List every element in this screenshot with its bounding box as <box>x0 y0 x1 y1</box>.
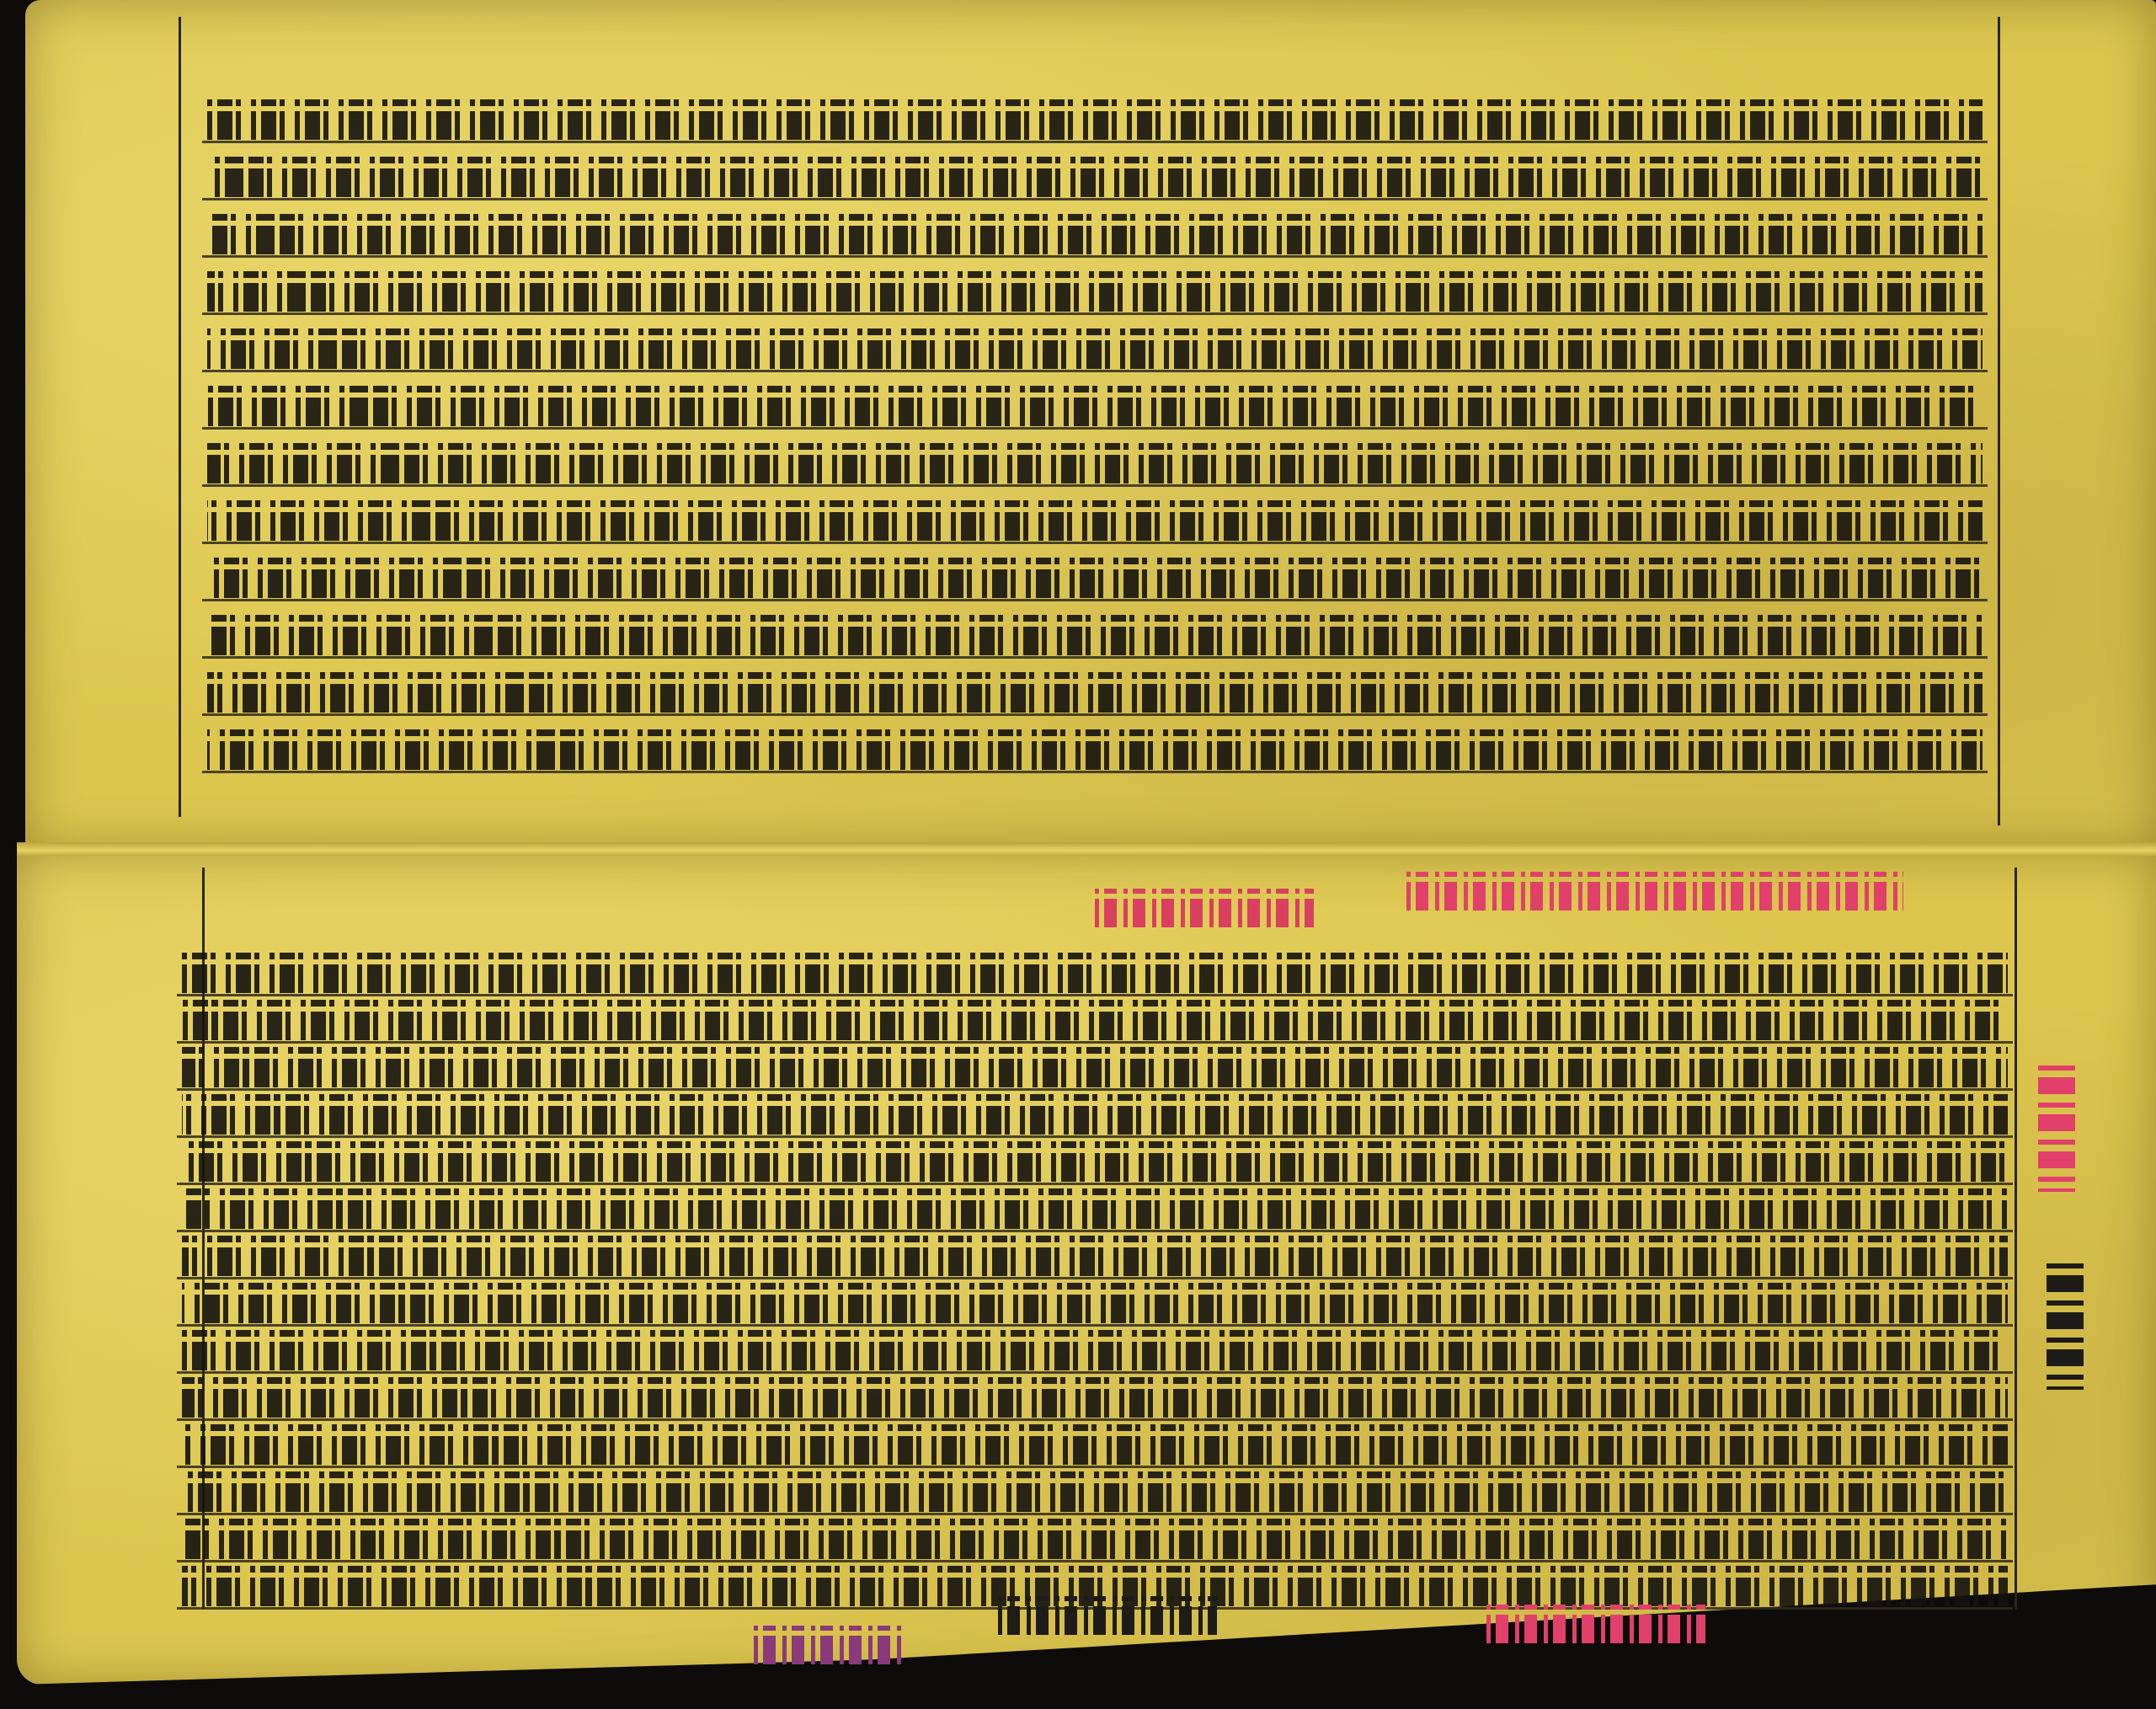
text-line <box>177 1278 2013 1332</box>
text-line <box>177 948 2013 1001</box>
handwritten-glyphs <box>182 953 2008 993</box>
text-line <box>202 495 1988 549</box>
ruled-line <box>202 255 1988 258</box>
handwritten-glyphs <box>182 1141 2008 1182</box>
handwritten-glyphs <box>182 1283 2008 1323</box>
text-line <box>177 1372 2013 1426</box>
text-line <box>202 266 1988 320</box>
ruled-line <box>202 427 1988 430</box>
ruled-line <box>202 141 1988 143</box>
ruled-line <box>202 312 1988 315</box>
text-line <box>202 152 1988 206</box>
upper-right-margin-line <box>1998 17 2000 825</box>
text-line <box>177 1419 2013 1473</box>
text-line <box>202 381 1988 435</box>
text-line <box>202 667 1988 721</box>
handwritten-glyphs <box>207 99 1983 140</box>
handwritten-glyphs <box>182 1000 2008 1040</box>
handwritten-glyphs <box>207 729 1983 770</box>
black-footer-annotation <box>998 1596 1217 1635</box>
handwritten-glyphs <box>182 1188 2008 1229</box>
handwritten-glyphs <box>207 615 1983 655</box>
handwritten-glyphs <box>207 157 1983 197</box>
ruled-line <box>202 656 1988 659</box>
upper-text-block <box>202 94 1988 785</box>
text-line <box>202 323 1988 377</box>
text-line <box>202 553 1988 606</box>
handwritten-glyphs <box>207 558 1983 598</box>
red-margin-annotation <box>2038 1065 2075 1192</box>
text-line <box>202 209 1988 263</box>
lower-right-margin-line <box>2015 868 2017 1609</box>
text-line <box>177 1466 2013 1520</box>
text-line <box>202 438 1988 492</box>
red-footer-annotation <box>1486 1605 1705 1643</box>
ruled-line <box>202 484 1988 487</box>
handwritten-glyphs <box>182 1471 2008 1512</box>
handwritten-glyphs <box>207 214 1983 254</box>
ruled-line <box>202 771 1988 773</box>
text-line <box>202 724 1988 778</box>
black-margin-annotation <box>2047 1263 2084 1390</box>
text-line <box>177 1514 2013 1567</box>
text-line <box>177 995 2013 1049</box>
text-line <box>177 1183 2013 1237</box>
ruled-line <box>202 599 1988 601</box>
handwritten-glyphs <box>207 500 1983 541</box>
text-line <box>177 1042 2013 1096</box>
handwritten-glyphs <box>182 1094 2008 1135</box>
text-line <box>202 610 1988 664</box>
handwritten-glyphs <box>207 271 1983 312</box>
purple-annotation <box>754 1626 905 1664</box>
ruled-line <box>202 370 1988 372</box>
ruled-line <box>202 713 1988 716</box>
ruled-line <box>202 198 1988 200</box>
text-line <box>177 1325 2013 1379</box>
ruled-line <box>202 542 1988 544</box>
handwritten-glyphs <box>182 1519 2008 1559</box>
handwritten-glyphs <box>182 1377 2008 1418</box>
text-line <box>202 94 1988 148</box>
page-fold <box>17 842 2156 856</box>
handwritten-glyphs <box>182 1047 2008 1087</box>
text-line <box>177 1089 2013 1143</box>
handwritten-glyphs <box>182 1330 2008 1370</box>
handwritten-glyphs <box>182 1236 2008 1276</box>
handwritten-glyphs <box>207 672 1983 713</box>
red-annotation-1 <box>1095 889 1314 927</box>
text-line <box>177 1136 2013 1190</box>
handwritten-glyphs <box>207 443 1983 483</box>
handwritten-glyphs <box>207 386 1983 426</box>
handwritten-glyphs <box>182 1424 2008 1465</box>
handwritten-glyphs <box>207 328 1983 369</box>
upper-left-margin-line <box>179 17 181 817</box>
lower-text-block <box>177 948 2013 1638</box>
red-annotation-2 <box>1406 872 1903 911</box>
text-line <box>177 1231 2013 1284</box>
